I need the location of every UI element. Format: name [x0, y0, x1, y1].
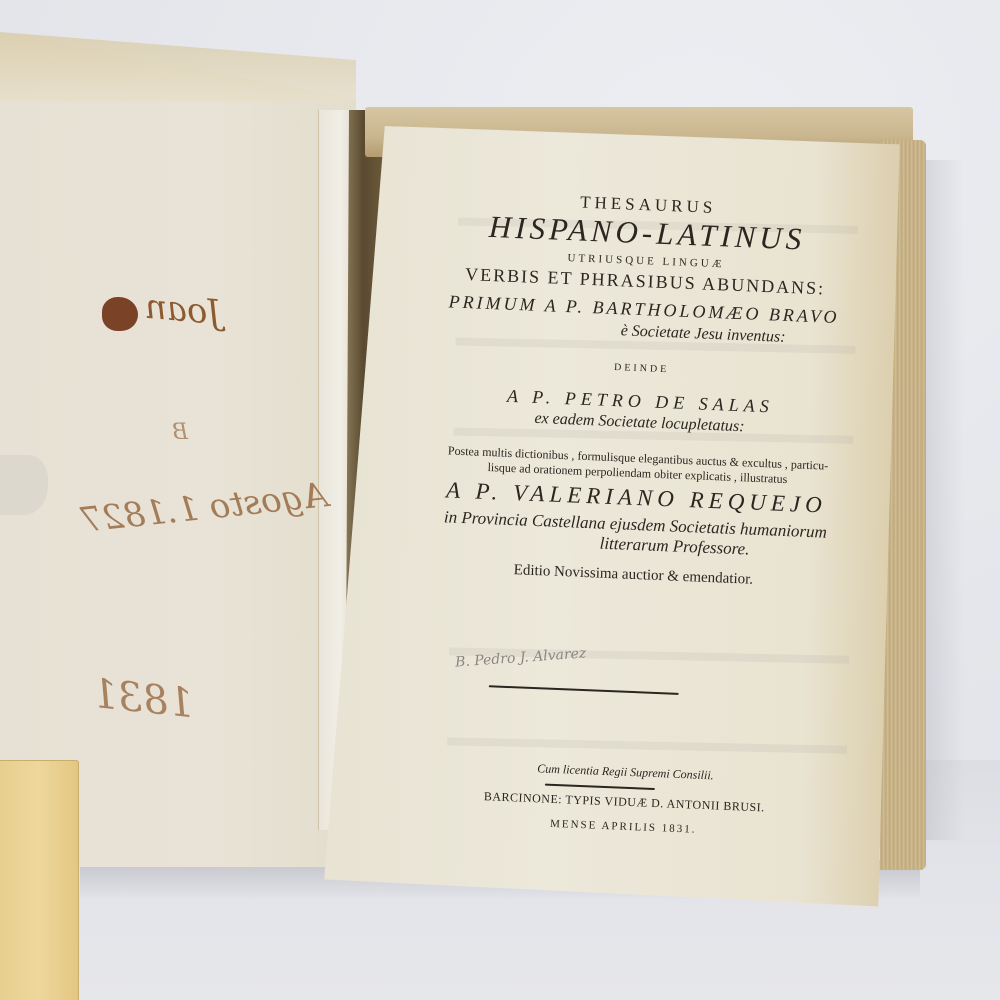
deinde-label: DEINDE	[397, 353, 887, 384]
handwritten-note: Joan	[143, 287, 222, 333]
handwritten-note: B	[172, 420, 188, 445]
yellow-board	[0, 760, 79, 1000]
decorative-rule	[489, 685, 679, 695]
edition-statement: Editio Novissima auctior & emendatior.	[388, 557, 878, 594]
flyleaf-stain	[0, 455, 48, 515]
title-page-text: THESAURUS HISPANO-LATINUS UTRIUSQUE LING…	[377, 185, 894, 884]
left-flyleaf-page	[0, 32, 356, 867]
license-statement: Cum licentia Regii Supremi Consilii.	[380, 755, 870, 790]
ink-blot	[102, 297, 138, 331]
decorative-rule	[545, 784, 655, 790]
